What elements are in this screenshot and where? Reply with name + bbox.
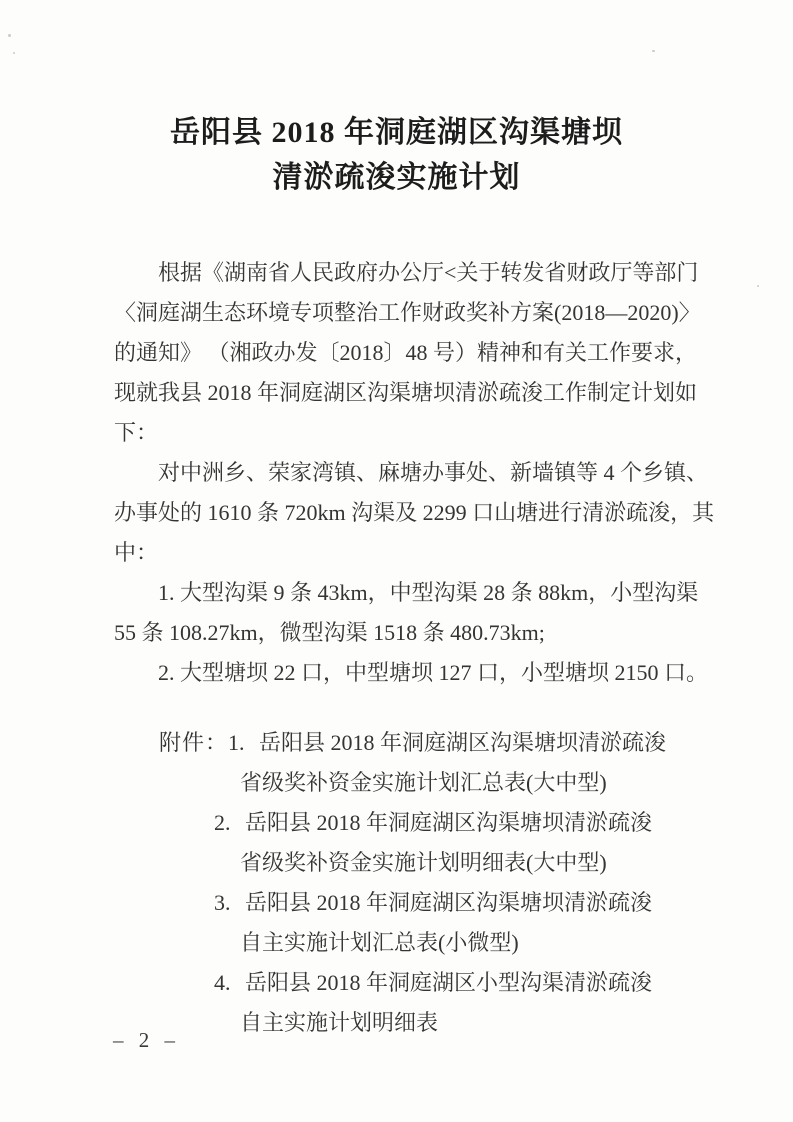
body-line: 现就我县 2018 年洞庭湖区沟渠塘坝清淤疏浚工作制定计划如 bbox=[114, 373, 693, 413]
page-number: – 2 – bbox=[113, 1028, 180, 1053]
attachments-label: 附件： bbox=[159, 730, 228, 755]
attachment-row: 2.岳阳县 2018 年洞庭湖区沟渠塘坝清淤疏浚 bbox=[214, 803, 693, 843]
attachment-number: 1. bbox=[228, 723, 259, 763]
body-line: 根据《湖南省人民政府办公厅<关于转发省财政厅等部门 bbox=[114, 253, 693, 293]
attachment-row: 自主实施计划明细表 bbox=[240, 1003, 693, 1043]
title-line-1: 岳阳县 2018 年洞庭湖区沟渠塘坝 bbox=[0, 110, 793, 155]
scan-artifact bbox=[652, 50, 655, 52]
body-line: 2. 大型塘坝 22 口，中型塘坝 127 口，小型塘坝 2150 口。 bbox=[114, 653, 693, 693]
attachment-title-cont: 自主实施计划汇总表(小微型) bbox=[240, 930, 519, 955]
attachment-row: 4.岳阳县 2018 年洞庭湖区小型沟渠清淤疏浚 bbox=[214, 963, 693, 1003]
document-page: 岳阳县 2018 年洞庭湖区沟渠塘坝 清淤疏浚实施计划 根据《湖南省人民政府办公… bbox=[0, 0, 793, 1122]
attachment-title: 岳阳县 2018 年洞庭湖区沟渠塘坝清淤疏浚 bbox=[245, 810, 652, 835]
attachment-title-cont: 自主实施计划明细表 bbox=[240, 1010, 438, 1035]
attachment-title-cont: 省级奖补资金实施计划明细表(大中型) bbox=[240, 850, 607, 875]
body-line: 的通知》 （湘政办发〔2018〕48 号）精神和有关工作要求， bbox=[114, 333, 693, 373]
scan-artifact bbox=[13, 52, 15, 54]
attachment-row: 省级奖补资金实施计划汇总表(大中型) bbox=[240, 763, 693, 803]
attachment-row: 附件：1.岳阳县 2018 年洞庭湖区沟渠塘坝清淤疏浚 bbox=[159, 723, 693, 763]
attachment-row: 3.岳阳县 2018 年洞庭湖区沟渠塘坝清淤疏浚 bbox=[214, 883, 693, 923]
attachment-row: 自主实施计划汇总表(小微型) bbox=[240, 923, 693, 963]
paragraph-scope: 对中洲乡、荣家湾镇、麻塘办事处、新墙镇等 4 个乡镇、 办事处的 1610 条 … bbox=[114, 453, 693, 573]
paragraph-basis: 根据《湖南省人民政府办公厅<关于转发省财政厅等部门 〈洞庭湖生态环境专项整治工作… bbox=[114, 253, 693, 453]
attachment-number: 4. bbox=[214, 963, 245, 1003]
list-item-channels: 1. 大型沟渠 9 条 43km，中型沟渠 28 条 88km，小型沟渠 55 … bbox=[114, 573, 693, 653]
body-line: 〈洞庭湖生态环境专项整治工作财政奖补方案(2018—2020)〉 bbox=[114, 293, 693, 333]
title-line-2: 清淤疏浚实施计划 bbox=[0, 155, 793, 200]
scan-artifact bbox=[757, 285, 759, 287]
list-item-ponds: 2. 大型塘坝 22 口，中型塘坝 127 口，小型塘坝 2150 口。 bbox=[114, 653, 693, 693]
body-line: 55 条 108.27km，微型沟渠 1518 条 480.73km; bbox=[114, 613, 693, 653]
body-line: 对中洲乡、荣家湾镇、麻塘办事处、新墙镇等 4 个乡镇、 bbox=[114, 453, 693, 493]
document-body: 根据《湖南省人民政府办公厅<关于转发省财政厅等部门 〈洞庭湖生态环境专项整治工作… bbox=[114, 253, 693, 1043]
attachment-number: 2. bbox=[214, 803, 245, 843]
attachment-row: 省级奖补资金实施计划明细表(大中型) bbox=[240, 843, 693, 883]
document-title: 岳阳县 2018 年洞庭湖区沟渠塘坝 清淤疏浚实施计划 bbox=[0, 0, 793, 200]
attachment-title: 岳阳县 2018 年洞庭湖区沟渠塘坝清淤疏浚 bbox=[259, 730, 666, 755]
attachments-list: 附件：1.岳阳县 2018 年洞庭湖区沟渠塘坝清淤疏浚 省级奖补资金实施计划汇总… bbox=[114, 723, 693, 1043]
attachment-title: 岳阳县 2018 年洞庭湖区沟渠塘坝清淤疏浚 bbox=[245, 890, 652, 915]
body-line: 下： bbox=[114, 413, 693, 453]
body-line: 办事处的 1610 条 720km 沟渠及 2299 口山塘进行清淤疏浚，其 bbox=[114, 493, 693, 533]
body-line: 1. 大型沟渠 9 条 43km，中型沟渠 28 条 88km，小型沟渠 bbox=[114, 573, 693, 613]
attachment-title-cont: 省级奖补资金实施计划汇总表(大中型) bbox=[240, 770, 607, 795]
body-line: 中： bbox=[114, 533, 693, 573]
attachment-number: 3. bbox=[214, 883, 245, 923]
scan-artifact bbox=[8, 34, 11, 37]
attachment-title: 岳阳县 2018 年洞庭湖区小型沟渠清淤疏浚 bbox=[245, 970, 652, 995]
